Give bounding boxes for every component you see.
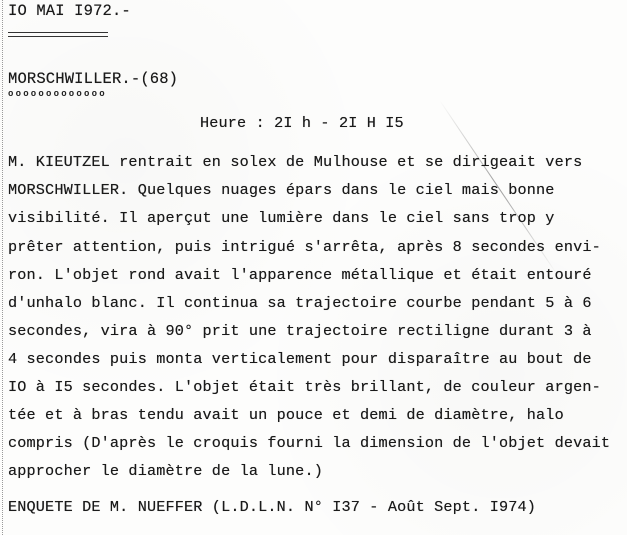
body-line: IO à I5 secondes. L'objet était très bri… <box>8 378 601 396</box>
body-line: compris (D'après le croquis fourni la di… <box>8 434 610 452</box>
body-line: secondes, vira à 90° prit une trajectoir… <box>8 322 592 340</box>
scanned-document-page: IO MAI I972.- MORSCHWILLER.-(68) ooooooo… <box>0 0 627 535</box>
body-line: ron. L'objet rond avait l'apparence méta… <box>8 266 592 284</box>
body-line: 4 secondes puis monta verticalement pour… <box>8 350 592 368</box>
body-line: visibilité. Il aperçut une lumière dans … <box>8 209 555 227</box>
body-line: tée et à bras tendu avait un pouce et de… <box>8 406 564 424</box>
page-left-edge <box>2 0 4 535</box>
body-line: d'unhalo blanc. Il continua sa trajectoi… <box>8 294 592 312</box>
investigator-signature: ENQUETE DE M. NUEFFER (L.D.L.N. N° I37 -… <box>8 498 536 516</box>
body-line: prêter attention, puis intrigué s'arrêta… <box>8 238 601 256</box>
date-underline <box>8 32 108 37</box>
body-line: M. KIEUTZEL rentrait en solex de Mulhous… <box>8 153 582 171</box>
location-underline: ooooooooooooo <box>8 89 107 99</box>
document-location: MORSCHWILLER.-(68) <box>8 70 178 88</box>
document-date: IO MAI I972.- <box>8 2 131 20</box>
body-line: approcher le diamètre de la lune.) <box>8 462 323 480</box>
body-line: MORSCHWILLER. Quelques nuages épars dans… <box>8 181 555 199</box>
document-time: Heure : 2I h - 2I H I5 <box>200 114 404 132</box>
